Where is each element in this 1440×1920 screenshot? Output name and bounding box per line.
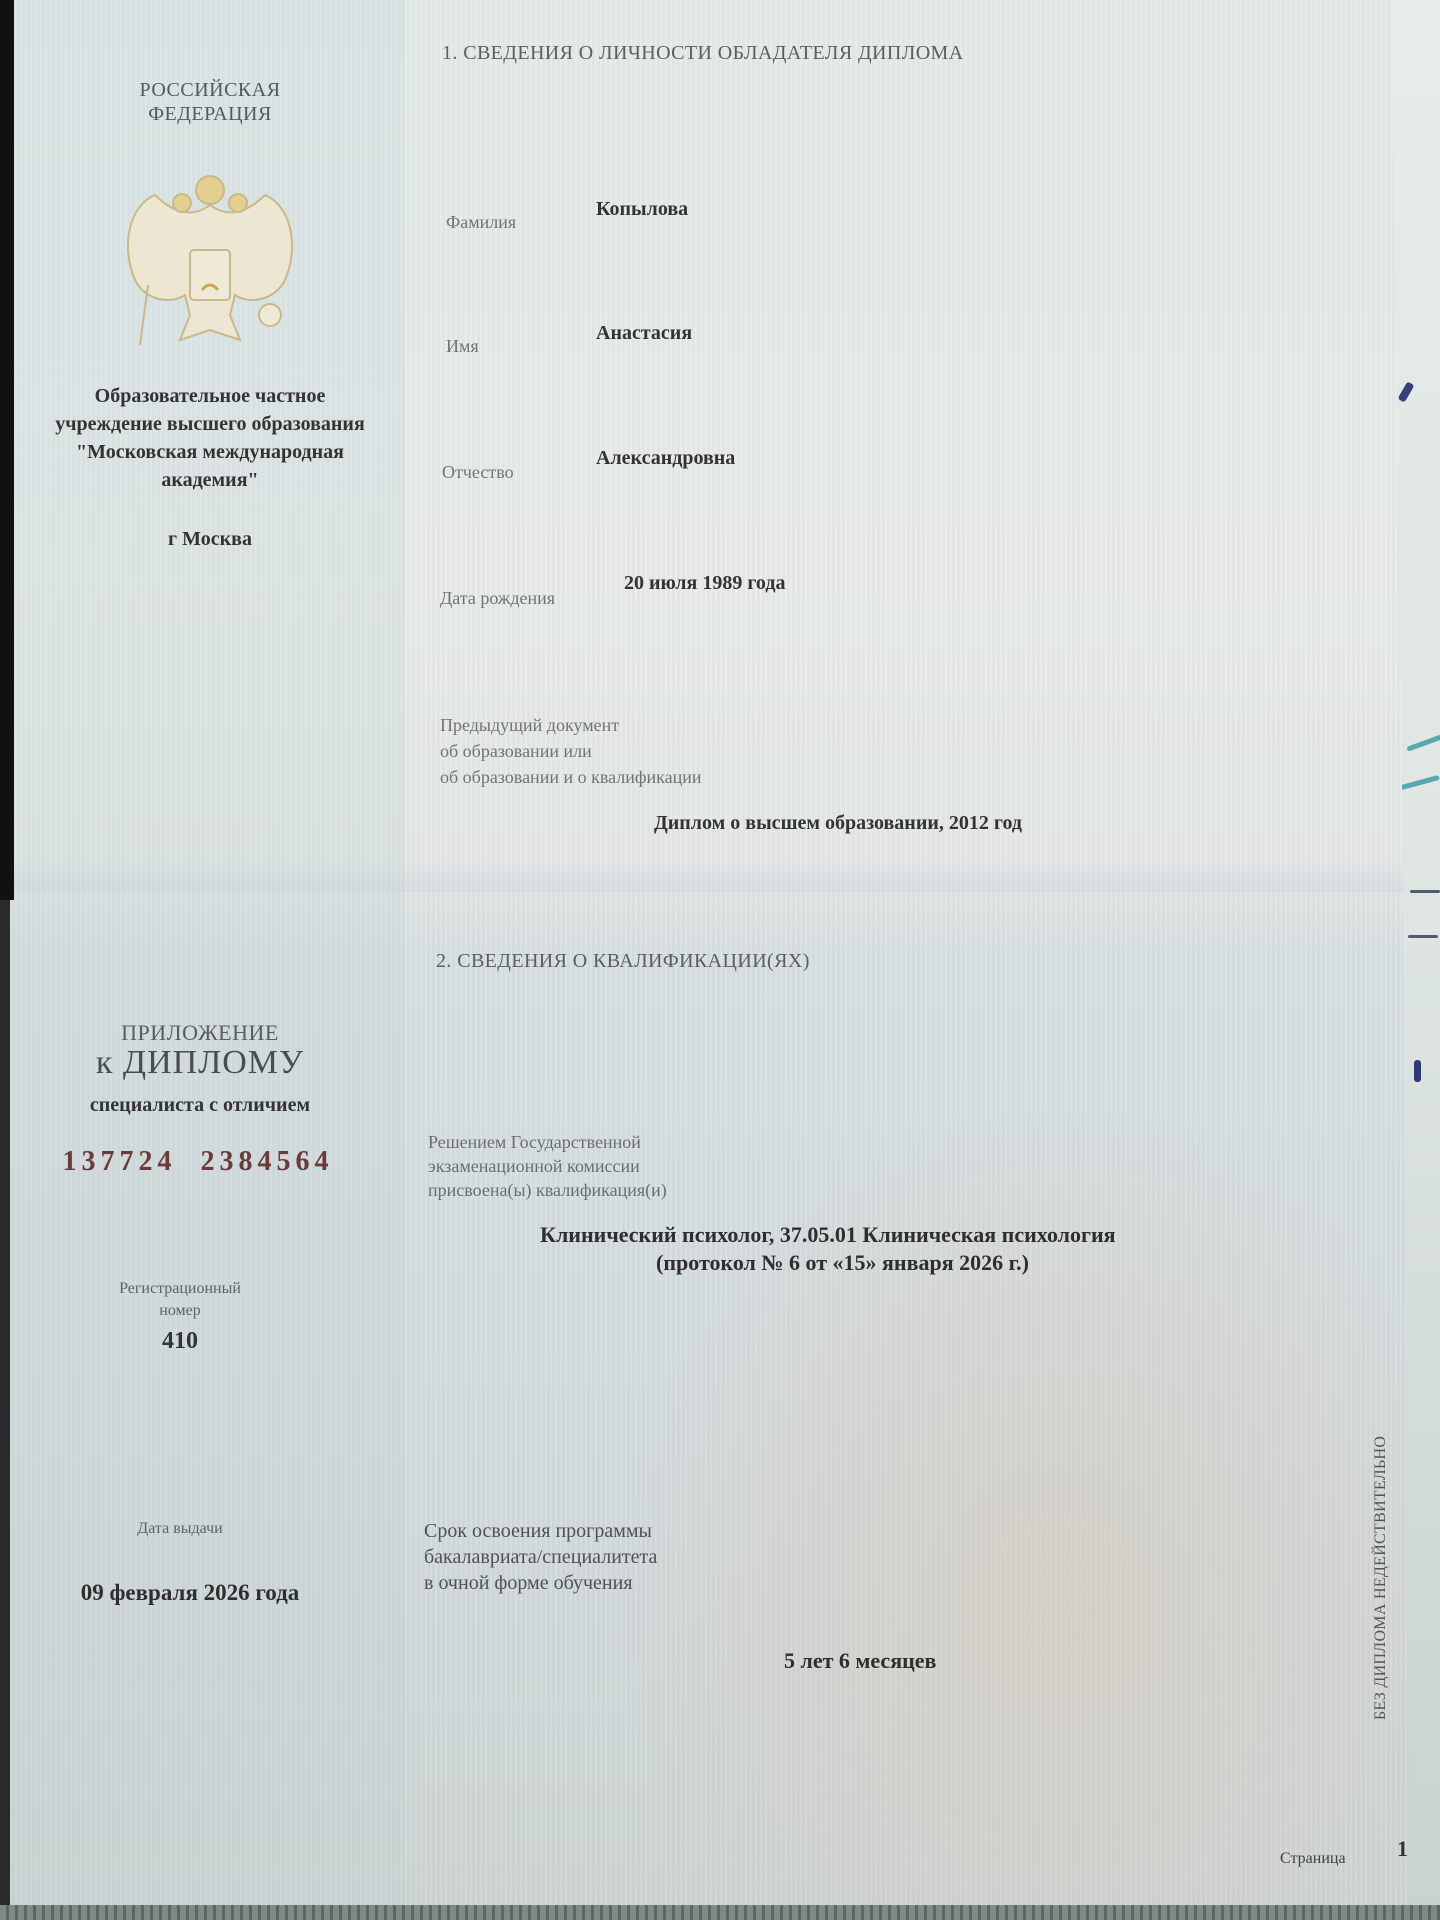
organization-line: Образовательное частное: [30, 382, 390, 410]
diploma-kind: специалиста с отличием: [40, 1094, 360, 1117]
country-line: РОССИЙСКАЯ: [100, 78, 320, 102]
field-label-name: Имя: [446, 336, 479, 357]
study-term-label-line: бакалавриата/специалитета: [424, 1544, 784, 1570]
study-term-label: Срок освоения программы бакалавриата/спе…: [424, 1518, 784, 1596]
previous-doc-label-line: об образовании и о квалификации: [440, 764, 702, 790]
registration-label-line: Регистрационный: [20, 1278, 340, 1300]
validity-note: БЕЗ ДИПЛОМА НЕДЕЙСТВИТЕЛЬНО: [1372, 1436, 1390, 1720]
field-label-patronymic: Отчество: [442, 462, 514, 483]
appendix-subtitle: к ДИПЛОМУ: [40, 1044, 360, 1082]
section1-title: 1. СВЕДЕНИЯ О ЛИЧНОСТИ ОБЛАДАТЕЛЯ ДИПЛОМ…: [442, 42, 964, 65]
registration-label-line: номер: [20, 1300, 340, 1322]
country-line: ФЕДЕРАЦИЯ: [100, 102, 320, 126]
previous-doc-label-line: об образовании или: [440, 738, 702, 764]
appendix-title: ПРИЛОЖЕНИЕ: [40, 1020, 360, 1046]
issue-date: 09 февраля 2026 года: [20, 1580, 360, 1606]
decision-label-line: Решением Государственной: [428, 1130, 788, 1154]
page-bottom-edge: [0, 1905, 1440, 1920]
previous-doc-label-line: Предыдущий документ: [440, 712, 702, 738]
ink-mark: [1410, 890, 1440, 893]
organization-line: "Московская международная: [30, 438, 390, 466]
field-value-birthdate: 20 июля 1989 года: [624, 572, 785, 595]
qualification: Клинический психолог, 37.05.01 Клиническ…: [540, 1222, 1116, 1248]
decision-label: Решением Государственной экзаменационной…: [428, 1130, 788, 1202]
country-title: РОССИЙСКАЯ ФЕДЕРАЦИЯ: [100, 78, 320, 126]
organization-line: учреждение высшего образования: [30, 410, 390, 438]
ink-mark: [1398, 381, 1415, 402]
study-term-label-line: в очной форме обучения: [424, 1570, 784, 1596]
protocol: (протокол № 6 от «15» января 2026 г.): [656, 1250, 1029, 1276]
city: г Москва: [30, 528, 390, 551]
field-value-name: Анастасия: [596, 322, 692, 345]
study-term-label-line: Срок освоения программы: [424, 1518, 784, 1544]
field-value-patronymic: Александровна: [596, 447, 735, 470]
binding-edge: [0, 0, 14, 900]
organization-line: академия": [30, 466, 390, 494]
field-value-surname: Копылова: [596, 198, 688, 221]
decision-label-line: экзаменационной комиссии: [428, 1154, 788, 1178]
issue-date-label: Дата выдачи: [20, 1520, 340, 1538]
ink-mark: [1414, 1060, 1421, 1082]
ink-mark: [1400, 775, 1440, 790]
ink-mark: [1406, 733, 1440, 751]
organization-name: Образовательное частное учреждение высше…: [30, 382, 390, 494]
decision-label-line: присвоена(ы) квалификация(и): [428, 1178, 788, 1202]
ink-mark: [1408, 935, 1438, 938]
field-label-surname: Фамилия: [446, 212, 516, 233]
russian-coat-of-arms-icon: [110, 165, 310, 350]
registration-label: Регистрационный номер: [20, 1278, 340, 1322]
previous-doc-value: Диплом о высшем образовании, 2012 год: [654, 812, 1022, 835]
page-fold: [10, 862, 1410, 892]
previous-doc-label: Предыдущий документ об образовании или о…: [440, 712, 702, 790]
field-label-birthdate: Дата рождения: [440, 588, 555, 609]
page-label: Страница: [1280, 1850, 1346, 1868]
page-number: 1: [1397, 1836, 1408, 1862]
study-term-value: 5 лет 6 месяцев: [784, 1648, 936, 1674]
section2-title: 2. СВЕДЕНИЯ О КВАЛИФИКАЦИИ(ЯХ): [436, 950, 810, 973]
serial-number: 137724 2384564: [38, 1146, 358, 1178]
registration-number: 410: [20, 1328, 340, 1355]
